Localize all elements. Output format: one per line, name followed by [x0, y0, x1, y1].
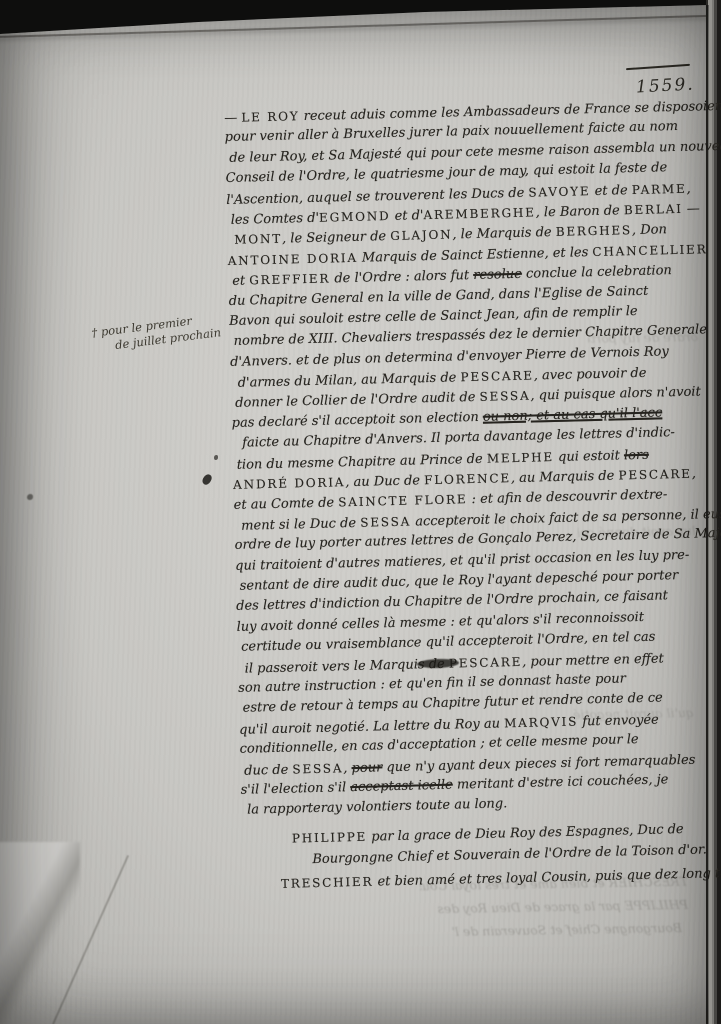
bottom-left-corner-curl	[0, 842, 80, 1024]
ink-speck	[27, 494, 33, 500]
ink-blot	[214, 455, 218, 460]
letter-opening-block: PHILIPPE par la grace de Dieu Roy des Es…	[242, 817, 721, 896]
manuscript-lines: — LE ROY receut aduis comme les Ambassad…	[224, 96, 719, 821]
manuscript-scan: 1559. † pour le premier de juillet proch…	[0, 0, 721, 1024]
manuscript-text-block: — LE ROY receut aduis comme les Ambassad…	[224, 96, 721, 896]
year-label: 1559.	[636, 74, 696, 97]
